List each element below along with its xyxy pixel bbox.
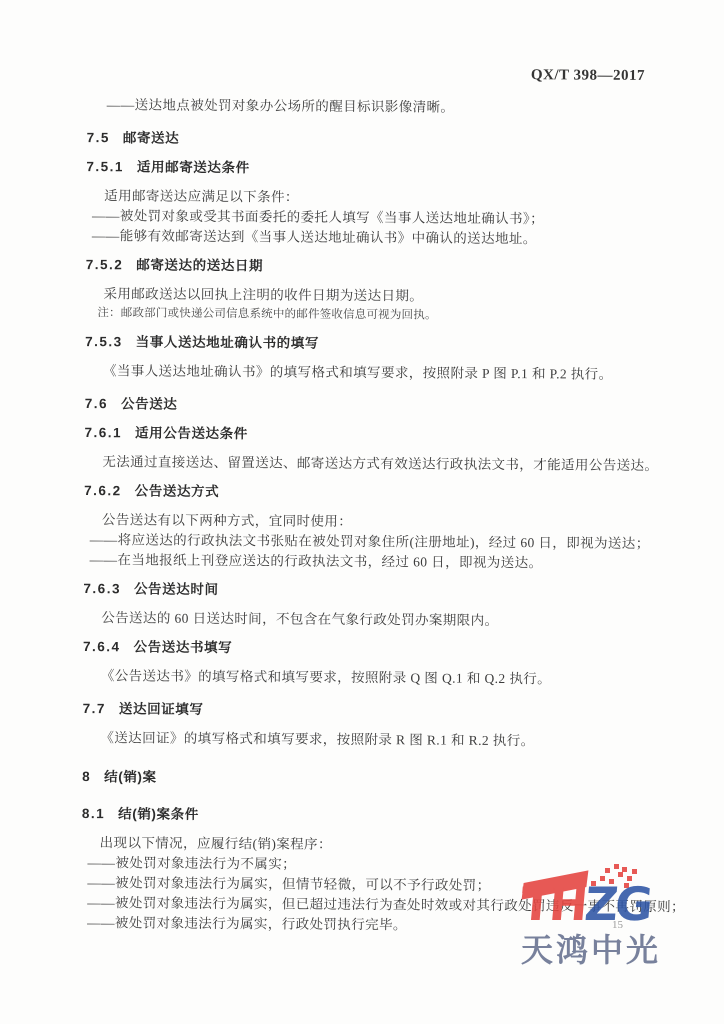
clause-title: 结(销)案条件	[118, 806, 199, 822]
clause-number: 7.6	[85, 396, 108, 411]
list-item: ——送达地点被处罚对象办公场所的醒目标识影像清晰。	[87, 95, 649, 119]
clause-title: 邮寄送达	[123, 130, 180, 145]
paragraph: 《公告送达书》的填写格式和填写要求，按照附录 Q 图 Q.1 和 Q.2 执行。	[83, 666, 645, 690]
clause-heading: 7.6.3公告送达时间	[83, 579, 645, 603]
clause-heading: 7.5.2邮寄送达的送达日期	[86, 255, 648, 279]
logo-letters-blue: ZG	[583, 877, 653, 931]
clause-title: 结(销)案	[104, 769, 157, 784]
clause-title: 公告送达书填写	[134, 639, 233, 655]
list-item: ——在当地报纸上刊登应送达的行政执法文书，经过 60 日，即视为送达。	[84, 550, 646, 574]
clause-heading: 7.6.2公告送达方式	[84, 481, 646, 505]
clause-heading: 7.7送达回证填写	[83, 699, 645, 723]
clause-heading: 8结(销)案	[82, 767, 644, 791]
clause-heading: 8.1结(销)案条件	[82, 804, 644, 828]
clause-heading: 7.5.1适用邮寄送达条件	[86, 157, 648, 181]
clause-title: 适用公告送达条件	[135, 425, 248, 441]
paragraph: 公告送达的 60 日送达时间，不包含在气象行政处罚办案期限内。	[83, 608, 645, 632]
paragraph: 《当事人送达地址确认书》的填写格式和填写要求，按照附录 P 图 P.1 和 P.…	[85, 361, 647, 385]
document-page: QX/T 398—2017 ——送达地点被处罚对象办公场所的醒目标识影像清晰。7…	[0, 0, 724, 1024]
paragraph: 《送达回证》的填写格式和填写要求，按照附录 R 图 R.1 和 R.2 执行。	[82, 728, 644, 752]
clause-number: 7.5	[87, 130, 110, 145]
clause-number: 7.6.1	[84, 425, 122, 440]
clause-number: 7.5.1	[86, 159, 124, 174]
company-watermark: THZG 天鸿中光	[495, 855, 710, 965]
logo-letters: THZG	[519, 881, 652, 927]
list-item: ——能够有效邮寄送达到《当事人送达地址确认书》中确认的送达地址。	[86, 226, 648, 250]
company-name: 天鸿中光	[521, 925, 661, 971]
clause-heading: 7.6.4公告送达书填写	[83, 637, 645, 661]
clause-number: 7.7	[83, 701, 106, 716]
note: 注：邮政部门或快递公司信息系统中的邮件签收信息可视为回执。	[85, 304, 647, 327]
clause-heading: 7.6.1适用公告送达条件	[84, 423, 646, 447]
clause-heading: 7.5邮寄送达	[87, 128, 649, 152]
clause-number: 7.6.4	[83, 639, 121, 654]
clause-title: 适用邮寄送达条件	[137, 159, 250, 175]
clause-title: 送达回证填写	[119, 701, 204, 717]
clause-number: 7.5.3	[85, 334, 123, 349]
document-body: ——送达地点被处罚对象办公场所的醒目标识影像清晰。7.5邮寄送达7.5.1适用邮…	[0, 0, 724, 938]
clause-number: 7.6.2	[84, 483, 122, 498]
clause-number: 8.1	[82, 806, 105, 821]
logo-letters-red: TH	[519, 877, 588, 931]
clause-title: 公告送达时间	[134, 581, 219, 597]
clause-heading: 7.6公告送达	[85, 394, 647, 418]
clause-number: 7.5.2	[86, 257, 124, 272]
clause-title: 当事人送达地址确认书的填写	[136, 334, 319, 350]
clause-number: 8	[82, 769, 91, 784]
clause-number: 7.6.3	[83, 581, 121, 596]
clause-heading: 7.5.3当事人送达地址确认书的填写	[85, 332, 647, 356]
clause-title: 公告送达方式	[135, 483, 220, 499]
clause-title: 邮寄送达的送达日期	[136, 257, 263, 273]
clause-title: 公告送达	[121, 396, 178, 411]
paragraph: 无法通过直接送达、留置送达、邮寄送达方式有效送达行政执法文书，才能适用公告送达。	[84, 452, 646, 476]
